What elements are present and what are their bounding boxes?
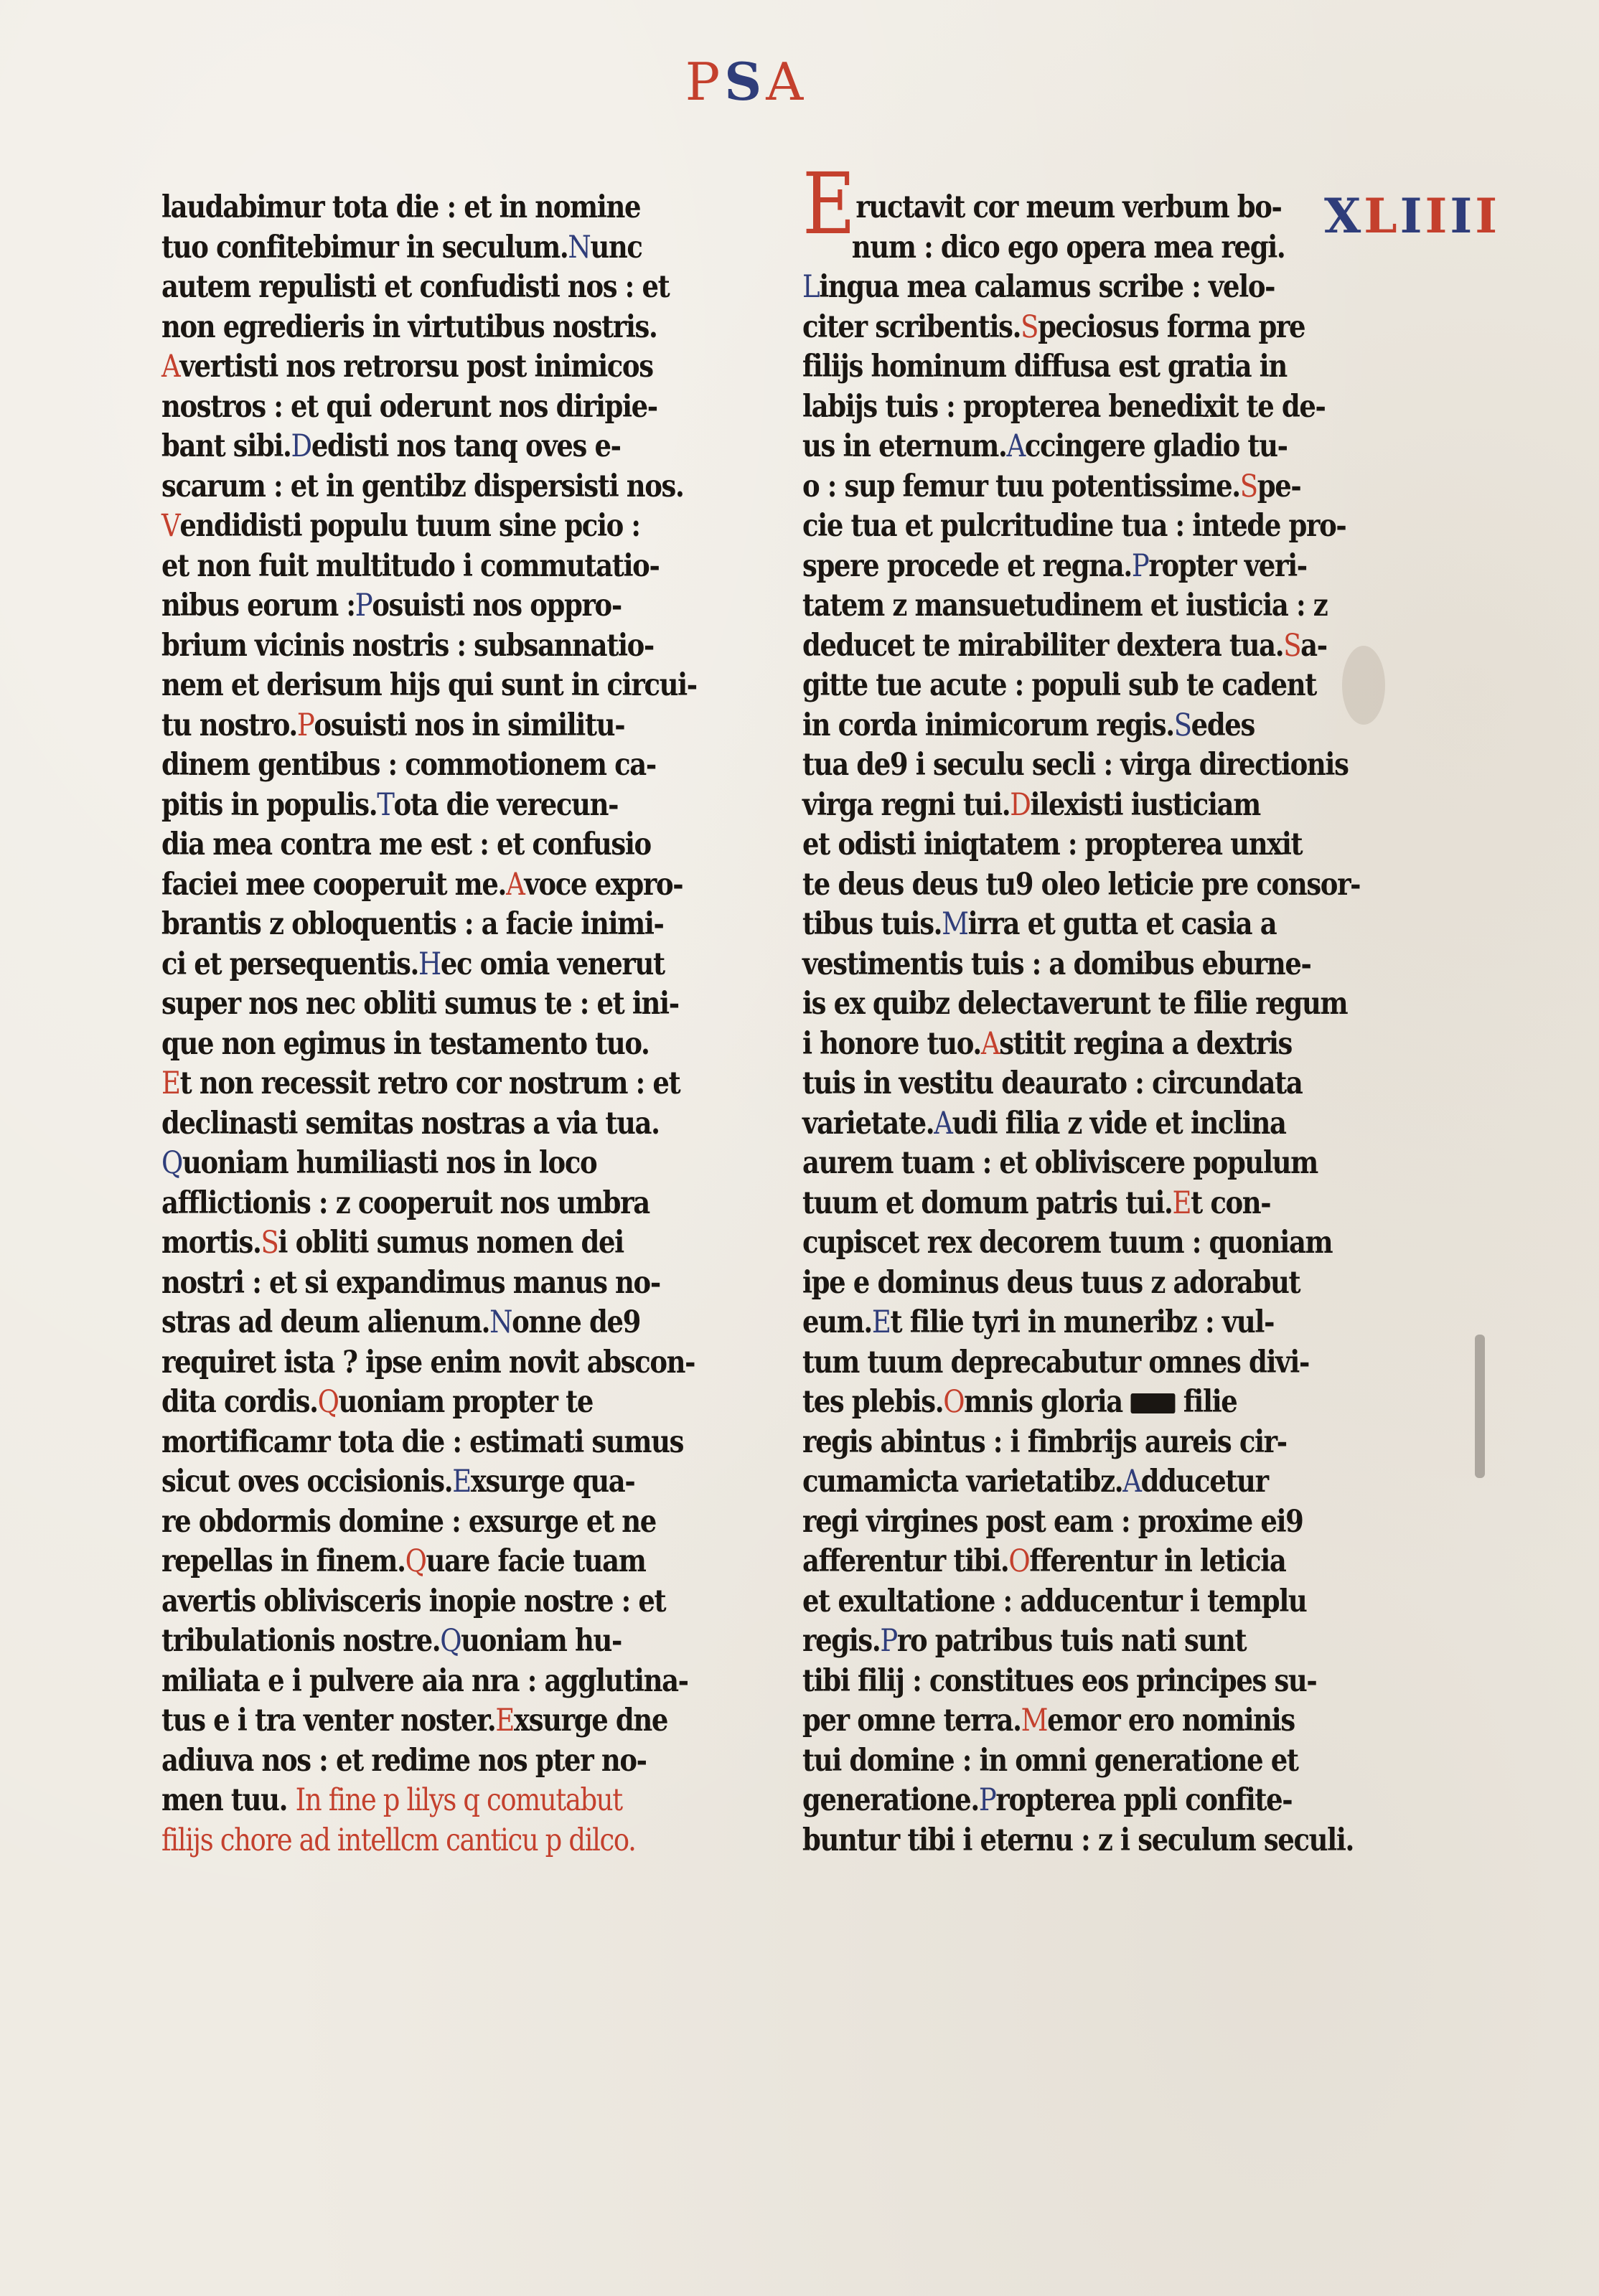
- text-line: adiuva nos : et redime nos pter no-: [161, 1741, 618, 1782]
- lombard-initial: A: [506, 867, 524, 903]
- line-text: stras ad deum alienum.: [161, 1304, 489, 1340]
- lombard-initial: P: [979, 1782, 996, 1818]
- chapter-numeral: I: [1400, 188, 1425, 244]
- text-line: nibus eorum :Posuisti nos oppro-: [161, 586, 618, 626]
- text-line: tuo confitebimur in seculum.Nunc: [161, 228, 618, 268]
- line-text: scarum : et in gentibz dispersisti nos.: [161, 469, 683, 504]
- text-line: Avertisti nos retrorsu post inimicos: [161, 347, 618, 387]
- lombard-initial: M: [1021, 1703, 1047, 1739]
- line-text: deducet te mirabiliter dextera tua.: [802, 628, 1283, 664]
- line-text: i honore tuo.: [802, 1026, 981, 1062]
- line-text: spere procede et regna.: [802, 548, 1132, 584]
- line-text: avertis oblivisceris inopie nostre : et: [161, 1584, 665, 1619]
- line-text: regis.: [802, 1623, 880, 1659]
- text-line: in corda inimicorum regis.Sedes: [802, 706, 1259, 746]
- line-text: cupiscet rex decorem tuum : quoniam: [802, 1225, 1332, 1261]
- text-line: cumamicta varietatibz.Adducetur: [802, 1462, 1259, 1502]
- line-text: miliata e i pulvere aia nra : agglutina-: [161, 1663, 688, 1699]
- line-text: tes plebis.: [802, 1384, 943, 1420]
- chapter-numeral: I: [1450, 188, 1475, 244]
- text-line: avertis oblivisceris inopie nostre : et: [161, 1582, 618, 1622]
- line-text: ropter veri-: [1148, 548, 1306, 584]
- text-line: nostri : et si expandimus manus no-: [161, 1264, 618, 1304]
- line-text: faciei mee cooperuit me.: [161, 867, 506, 903]
- line-text: dinem gentibus : commotionem ca-: [161, 747, 656, 783]
- line-text: super nos nec obliti sumus te : et ini-: [161, 986, 679, 1022]
- line-text: ilexisti iusticiam: [1031, 787, 1260, 823]
- text-line: nem et derisum hijs qui sunt in circui-: [161, 666, 618, 706]
- text-line: tus e i tra venter noster.Exsurge dne: [161, 1701, 618, 1741]
- line-text: tuis in vestitu deaurato : circundata: [802, 1065, 1302, 1101]
- lombard-initial: P: [880, 1623, 897, 1659]
- lombard-initial: T: [377, 787, 393, 823]
- text-line: aurem tuam : et obliviscere populum: [802, 1144, 1259, 1184]
- text-line: tu nostro.Posuisti nos in similitu-: [161, 706, 618, 746]
- line-text: vestimentis tuis : a domibus eburne-: [802, 946, 1311, 982]
- line-text: t filie tyri in muneribz : vul-: [891, 1304, 1275, 1340]
- manuscript-page: PSA XLIIII laudabimur tota die : et in n…: [0, 0, 1599, 2296]
- line-text: nibus eorum :: [161, 588, 355, 624]
- chapter-numeral: I: [1475, 188, 1500, 244]
- lombard-initial: E: [495, 1703, 514, 1739]
- lombard-initial: E: [452, 1464, 471, 1500]
- text-line: stras ad deum alienum.Nonne de9: [161, 1303, 618, 1343]
- text-line: generatione.Propterea ppli confite-: [802, 1781, 1259, 1821]
- chapter-numeral: L: [1364, 188, 1399, 244]
- line-text: in corda inimicorum regis.: [802, 707, 1174, 743]
- line-text: ci et persequentis.: [161, 946, 418, 982]
- lombard-initial: S: [1283, 628, 1300, 664]
- text-line: us in eternum.Accingere gladio tu-: [802, 427, 1259, 467]
- text-line: tum tuum deprecabutur omnes divi-: [802, 1343, 1259, 1383]
- line-text: eum.: [802, 1304, 872, 1340]
- text-line: brium vicinis nostris : subsannatio-: [161, 626, 618, 667]
- line-text: requiret ista ? ipse enim novit abscon-: [161, 1345, 695, 1380]
- text-line: regi virgines post eam : proxime ei9: [802, 1502, 1259, 1543]
- text-line: mortificamr tota die : estimati sumus: [161, 1423, 618, 1463]
- line-text: edes: [1191, 707, 1255, 743]
- text-line: labijs tuis : propterea benedixit te de-: [802, 387, 1259, 428]
- line-text: endidisti populu tuum sine pcio :: [179, 508, 639, 544]
- text-line: non egredieris in virtutibus nostris.: [161, 308, 618, 348]
- line-text: regi virgines post eam : proxime ei9: [802, 1504, 1303, 1540]
- line-text: et exultatione : adducentur i templu: [802, 1584, 1306, 1619]
- lombard-initial: H: [418, 946, 441, 982]
- line-text: t non recessit retro cor nostrum : et: [180, 1065, 680, 1101]
- line-text: uoniam propter te: [339, 1384, 594, 1420]
- line-text: ropterea ppli confite-: [995, 1782, 1292, 1818]
- line-text: osuisti nos oppro-: [372, 588, 622, 624]
- text-line: te deus deus tu9 oleo leticie pre consor…: [802, 865, 1259, 905]
- line-text: onne de9: [512, 1304, 640, 1340]
- text-line: sicut oves occisionis.Exsurge qua-: [161, 1462, 618, 1502]
- line-text: t con-: [1191, 1185, 1270, 1221]
- line-text: mnis gloria: [964, 1384, 1122, 1420]
- text-line: buntur tibi i eternu : z i seculum secul…: [802, 1821, 1259, 1861]
- lombard-initial: E: [1173, 1185, 1191, 1221]
- lombard-initial: P: [1132, 548, 1149, 584]
- line-text: vertisti nos retrorsu post inimicos: [179, 349, 652, 385]
- text-line: tatem z mansuetudinem et iusticia : z: [802, 586, 1259, 626]
- lombard-initial: S: [1174, 707, 1191, 743]
- line-text: o : sup femur tuu potentissime.: [802, 469, 1240, 504]
- chapter-numeral: I: [1425, 188, 1450, 244]
- line-text: et non fuit multitudo i commutatio-: [161, 548, 659, 584]
- text-line: nostros : et qui oderunt nos diripie-: [161, 387, 618, 428]
- text-line: tes plebis.Omnis gloria filie: [802, 1383, 1259, 1423]
- line-text: pe-: [1257, 469, 1301, 504]
- text-line: per omne terra.Memor ero nominis: [802, 1701, 1259, 1741]
- text-line: et exultatione : adducentur i templu: [802, 1582, 1259, 1622]
- line-text: re obdormis domine : exsurge et ne: [161, 1504, 656, 1540]
- running-head-letter: P: [685, 52, 724, 112]
- lombard-initial: N: [489, 1304, 512, 1340]
- line-text: cie tua et pulcritudine tua : intede pro…: [802, 508, 1346, 544]
- line-text: te deus deus tu9 oleo leticie pre consor…: [802, 867, 1360, 903]
- line-text: gitte tue acute : populi sub te cadent: [802, 667, 1316, 703]
- text-line: pitis in populis.Tota die verecun-: [161, 786, 618, 826]
- text-line: brantis z obloquentis : a facie inimi-: [161, 905, 618, 945]
- text-line: Quoniam humiliasti nos in loco: [161, 1144, 618, 1184]
- line-text: mortificamr tota die : estimati sumus: [161, 1424, 683, 1460]
- line-text: fferentur in leticia: [1029, 1543, 1285, 1579]
- line-text: peciosus forma pre: [1038, 309, 1305, 345]
- line-text: tibus tuis.: [802, 906, 942, 942]
- text-line: afferentur tibi.Offerentur in leticia: [802, 1542, 1259, 1582]
- line-text: nostri : et si expandimus manus no-: [161, 1265, 660, 1301]
- line-text: tribulationis nostre.: [161, 1623, 440, 1659]
- line-text: tua de9 i seculu secli : virga direction…: [802, 747, 1349, 783]
- line-text: ec omia venerut: [441, 946, 665, 982]
- text-line: cie tua et pulcritudine tua : intede pro…: [802, 507, 1259, 547]
- text-line: Vendidisti populu tuum sine pcio :: [161, 507, 618, 547]
- text-line: virga regni tui.Dilexisti iusticiam: [802, 786, 1259, 826]
- text-line: men tuu. In fine p lilys q comutabut: [161, 1781, 618, 1821]
- line-text: mortis.: [161, 1225, 261, 1261]
- chapter-number: XLIIII: [1324, 188, 1500, 244]
- line-text: labijs tuis : propterea benedixit te de-: [802, 389, 1325, 425]
- text-line: tuum et domum patris tui.Et con-: [802, 1184, 1259, 1224]
- line-text: ccingere gladio tu-: [1025, 428, 1288, 464]
- text-line: tibi filij : constitues eos principes su…: [802, 1662, 1259, 1702]
- line-text: brantis z obloquentis : a facie inimi-: [161, 906, 664, 942]
- lombard-initial: M: [942, 906, 967, 942]
- lombard-initial: O: [1008, 1543, 1029, 1579]
- line-text: ipe e dominus deus tuus z adorabut: [802, 1265, 1300, 1301]
- line-text: et odisti iniqtatem : propterea unxit: [802, 827, 1302, 862]
- paper-stain: [1342, 646, 1385, 725]
- text-line: is ex quibz delectaverunt te filie regum: [802, 984, 1259, 1025]
- text-line: varietate.Audi filia z vide et inclina: [802, 1104, 1259, 1144]
- lombard-initial: P: [355, 588, 372, 624]
- line-text: a-: [1300, 628, 1327, 664]
- lombard-initial: P: [297, 707, 314, 743]
- line-text: pitis in populis.: [161, 787, 377, 823]
- line-text: tuum et domum patris tui.: [802, 1185, 1173, 1221]
- text-line: ipe e dominus deus tuus z adorabut: [802, 1264, 1259, 1304]
- text-line: dia mea contra me est : et confusio: [161, 825, 618, 865]
- text-line: tua de9 i seculu secli : virga direction…: [802, 745, 1259, 786]
- line-text: sicut oves occisionis.: [161, 1464, 452, 1500]
- lombard-initial: D: [1010, 787, 1030, 823]
- text-line: dita cordis.Quoniam propter te: [161, 1383, 618, 1423]
- line-text: unc: [590, 230, 642, 265]
- text-line: tibus tuis.Mirra et gutta et casia a: [802, 905, 1259, 945]
- line-text: buntur tibi i eternu : z i seculum secul…: [802, 1822, 1354, 1858]
- line-text: tibi filij : constitues eos principes su…: [802, 1663, 1316, 1699]
- line-text: aurem tuam : et obliviscere populum: [802, 1145, 1318, 1181]
- line-text: irra et gutta et casia a: [968, 906, 1277, 942]
- line-text: autem repulisti et confudisti nos : et: [161, 269, 669, 305]
- line-text: uare facie tuam: [426, 1543, 646, 1579]
- text-line: cupiscet rex decorem tuum : quoniam: [802, 1223, 1259, 1264]
- text-line: bant sibi.Dedisti nos tanq oves e-: [161, 427, 618, 467]
- text-line: scarum : et in gentibz dispersisti nos.: [161, 467, 618, 507]
- lombard-initial: V: [161, 508, 179, 544]
- line-text: uoniam hu-: [461, 1623, 622, 1659]
- lombard-initial: O: [943, 1384, 964, 1420]
- line-text: uoniam humiliasti nos in loco: [182, 1145, 596, 1181]
- text-line: ci et persequentis.Hec omia venerut: [161, 945, 618, 985]
- line-text: tus e i tra venter noster.: [161, 1703, 495, 1739]
- lombard-initial: Q: [161, 1145, 182, 1181]
- text-line: Eructavit cor meum verbum bo-: [802, 188, 1259, 228]
- lombard-initial: A: [934, 1106, 952, 1142]
- line-text: cumamicta varietatibz.: [802, 1464, 1122, 1500]
- line-text: generatione.: [802, 1782, 979, 1818]
- lombard-initial: A: [161, 349, 179, 385]
- line-text: declinasti semitas nostras a via tua.: [161, 1106, 660, 1142]
- lombard-initial: Q: [318, 1384, 339, 1420]
- line-text: emor ero nominis: [1047, 1703, 1295, 1739]
- line-text: filie: [1183, 1384, 1237, 1420]
- text-line: super nos nec obliti sumus te : et ini-: [161, 984, 618, 1025]
- lombard-initial: A: [1007, 428, 1025, 464]
- lombard-initial: L: [802, 269, 819, 305]
- line-text: citer scribentis.: [802, 309, 1021, 345]
- lombard-initial: D: [291, 428, 311, 464]
- text-line: Lingua mea calamus scribe : velo-: [802, 268, 1259, 308]
- line-text: tu nostro.: [161, 707, 297, 743]
- running-head-letter: S: [724, 51, 766, 112]
- text-line: laudabimur tota die : et in nomine: [161, 188, 618, 228]
- text-line: miliata e i pulvere aia nra : agglutina-: [161, 1662, 618, 1702]
- text-line: regis.Pro patribus tuis nati sunt: [802, 1622, 1259, 1662]
- ink-blot: [1130, 1393, 1175, 1413]
- line-text: ro patribus tuis nati sunt: [897, 1623, 1246, 1659]
- line-text: tum tuum deprecabutur omnes divi-: [802, 1345, 1309, 1380]
- text-line: mortis.Si obliti sumus nomen dei: [161, 1223, 618, 1264]
- text-line: regis abintus : i fimbrijs aureis cir-: [802, 1423, 1259, 1463]
- text-line: declinasti semitas nostras a via tua.: [161, 1104, 618, 1144]
- rubric-text: filijs chore ad intellcm canticu p dilco…: [161, 1822, 635, 1858]
- line-text: varietate.: [802, 1106, 934, 1142]
- line-text: us in eternum.: [802, 428, 1007, 464]
- text-line: repellas in finem.Quare facie tuam: [161, 1542, 618, 1582]
- text-line: vestimentis tuis : a domibus eburne-: [802, 945, 1259, 985]
- text-line: eum.Et filie tyri in muneribz : vul-: [802, 1303, 1259, 1343]
- text-line: requiret ista ? ipse enim novit abscon-: [161, 1343, 618, 1383]
- line-text: dia mea contra me est : et confusio: [161, 827, 651, 862]
- lombard-initial: A: [1122, 1464, 1140, 1500]
- lombard-initial: S: [261, 1225, 278, 1261]
- line-text: que non egimus in testamento tuo.: [161, 1026, 650, 1062]
- line-text: non egredieris in virtutibus nostris.: [161, 309, 657, 345]
- text-line: et non fuit multitudo i commutatio-: [161, 547, 618, 587]
- text-line: tribulationis nostre.Quoniam hu-: [161, 1622, 618, 1662]
- line-text: virga regni tui.: [802, 787, 1010, 823]
- text-line: tui domine : in omni generatione et: [802, 1741, 1259, 1782]
- line-text: tuo confitebimur in seculum.: [161, 230, 568, 265]
- line-text: bant sibi.: [161, 428, 291, 464]
- line-text: dducetur: [1141, 1464, 1268, 1500]
- line-text: nostros : et qui oderunt nos diripie-: [161, 389, 657, 425]
- line-text: dita cordis.: [161, 1384, 318, 1420]
- text-line: faciei mee cooperuit me.Avoce expro-: [161, 865, 618, 905]
- running-head-letter: A: [766, 52, 807, 112]
- line-text: regis abintus : i fimbrijs aureis cir-: [802, 1424, 1287, 1460]
- line-text: voce expro-: [524, 867, 683, 903]
- chapter-numeral: X: [1324, 188, 1364, 244]
- line-text: per omne terra.: [802, 1703, 1021, 1739]
- line-text: xsurge qua-: [471, 1464, 634, 1500]
- line-text: tui domine : in omni generatione et: [802, 1743, 1298, 1779]
- lombard-initial: E: [872, 1304, 891, 1340]
- line-text: num : dico ego opera mea regi.: [852, 230, 1285, 265]
- text-line: autem repulisti et confudisti nos : et: [161, 268, 618, 308]
- lombard-initial: Q: [440, 1623, 461, 1659]
- line-text: brium vicinis nostris : subsannatio-: [161, 628, 654, 664]
- line-text: i obliti sumus nomen dei: [278, 1225, 623, 1261]
- line-text: xsurge dne: [514, 1703, 667, 1739]
- line-text: stitit regina a dextris: [999, 1026, 1292, 1062]
- lombard-initial: N: [568, 230, 590, 265]
- line-text: nem et derisum hijs qui sunt in circui-: [161, 667, 697, 703]
- text-line: Et non recessit retro cor nostrum : et: [161, 1064, 618, 1104]
- lombard-initial: E: [161, 1065, 180, 1101]
- text-line: et odisti iniqtatem : propterea unxit: [802, 825, 1259, 865]
- left-text-column: laudabimur tota die : et in nominetuo co…: [161, 188, 618, 1860]
- text-line: citer scribentis.Speciosus forma pre: [802, 308, 1259, 348]
- line-text: laudabimur tota die : et in nomine: [161, 189, 640, 225]
- lombard-initial: S: [1240, 469, 1257, 504]
- right-text-column: Eructavit cor meum verbum bo-num : dico …: [802, 188, 1259, 1860]
- text-line: deducet te mirabiliter dextera tua.Sa-: [802, 626, 1259, 667]
- running-head: PSA: [667, 56, 825, 108]
- text-line: afflictionis : z cooperuit nos umbra: [161, 1184, 618, 1224]
- text-line: tuis in vestitu deaurato : circundata: [802, 1064, 1259, 1104]
- line-text: adiuva nos : et redime nos pter no-: [161, 1743, 647, 1779]
- text-line: re obdormis domine : exsurge et ne: [161, 1502, 618, 1543]
- text-line: filijs hominum diffusa est gratia in: [802, 347, 1259, 387]
- line-text: filijs hominum diffusa est gratia in: [802, 349, 1287, 385]
- line-text: ingua mea calamus scribe : velo-: [819, 269, 1275, 305]
- line-text: udi filia z vide et inclina: [952, 1106, 1286, 1142]
- text-line: gitte tue acute : populi sub te cadent: [802, 666, 1259, 706]
- text-line: spere procede et regna.Propter veri-: [802, 547, 1259, 587]
- line-text: ota die verecun-: [394, 787, 619, 823]
- line-text: men tuu.: [161, 1782, 287, 1818]
- lombard-initial: A: [981, 1026, 999, 1062]
- line-text: is ex quibz delectaverunt te filie regum: [802, 986, 1347, 1022]
- line-text: edisti nos tanq oves e-: [311, 428, 621, 464]
- text-line: que non egimus in testamento tuo.: [161, 1025, 618, 1065]
- lombard-initial: Q: [405, 1543, 426, 1579]
- line-text: tatem z mansuetudinem et iusticia : z: [802, 588, 1327, 624]
- text-line: num : dico ego opera mea regi.: [802, 228, 1259, 268]
- lombard-initial: S: [1021, 309, 1038, 345]
- text-line: o : sup femur tuu potentissime.Spe-: [802, 467, 1259, 507]
- text-line: i honore tuo.Astitit regina a dextris: [802, 1025, 1259, 1065]
- text-line: filijs chore ad intellcm canticu p dilco…: [161, 1821, 618, 1861]
- line-text: afferentur tibi.: [802, 1543, 1008, 1579]
- line-text: osuisti nos in similitu-: [314, 707, 624, 743]
- rubric-text: In fine p lilys q comutabut: [296, 1782, 622, 1818]
- text-line: dinem gentibus : commotionem ca-: [161, 745, 618, 786]
- line-text: repellas in finem.: [161, 1543, 405, 1579]
- line-text: ructavit cor meum verbum bo-: [855, 189, 1281, 225]
- margin-mark: [1475, 1335, 1485, 1478]
- line-text: afflictionis : z cooperuit nos umbra: [161, 1185, 650, 1221]
